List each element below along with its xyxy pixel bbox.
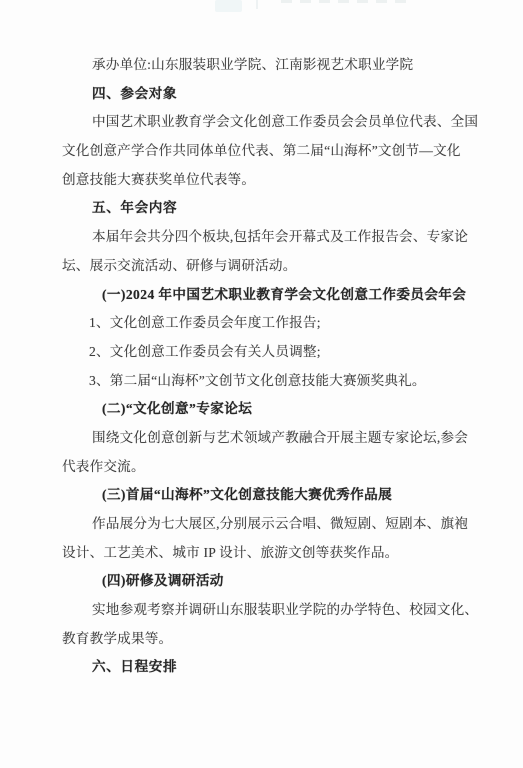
text-line-indent: 围绕文化创意创新与艺术领域产教融合开展主题专家论坛,参会 <box>62 424 492 453</box>
text-line-item: 2、文化创意工作委员会有关人员调整; <box>62 338 492 367</box>
text-line-sub: (四)研修及调研活动 <box>62 567 492 596</box>
text-line-indent: 中国艺术职业教育学会文化创意工作委员会会员单位代表、全国 <box>62 108 492 137</box>
scan-artifact-dashes <box>281 0 413 3</box>
text-line-flush: 文化创意产学合作共同体单位代表、第二届“山海杯”文创节—文化 <box>62 137 492 166</box>
text-line-indent: 本届年会共分四个板块,包括年会开幕式及工作报告会、专家论 <box>62 223 492 252</box>
document-page: 承办单位:山东服装职业学院、江南影视艺术职业学院四、参会对象中国艺术职业教育学会… <box>0 0 523 768</box>
text-line-heading: 六、日程安排 <box>62 653 492 682</box>
text-line-sub: (二)“文化创意”专家论坛 <box>62 395 492 424</box>
text-line-flush: 坛、展示交流活动、研修与调研活动。 <box>62 252 492 281</box>
text-line-flush: 教育教学成果等。 <box>62 625 492 654</box>
text-line-sub: (一)2024 年中国艺术职业教育学会文化创意工作委员会年会 <box>62 281 492 310</box>
text-line-indent: 作品展分为七大展区,分别展示云合唱、微短剧、短剧本、旗袍 <box>62 510 492 539</box>
text-line-item: 1、文化创意工作委员会年度工作报告; <box>62 309 492 338</box>
text-line-flush: 设计、工艺美术、城市 IP 设计、旅游文创等获奖作品。 <box>62 539 492 568</box>
scan-artifact-line <box>256 0 258 9</box>
text-line-sub: (三)首届“山海杯”文化创意技能大赛优秀作品展 <box>62 481 492 510</box>
text-line-indent: 承办单位:山东服装职业学院、江南影视艺术职业学院 <box>62 51 492 80</box>
text-line-flush: 创意技能大赛获奖单位代表等。 <box>62 166 492 195</box>
document-body: 承办单位:山东服装职业学院、江南影视艺术职业学院四、参会对象中国艺术职业教育学会… <box>62 51 492 682</box>
text-line-flush: 代表作交流。 <box>62 453 492 482</box>
text-line-indent: 实地参观考察并调研山东服装职业学院的办学特色、校园文化、 <box>62 596 492 625</box>
text-line-item: 3、第二届“山海杯”文创节文化创意技能大赛颁奖典礼。 <box>62 367 492 396</box>
scan-artifact-blob <box>215 0 242 12</box>
text-line-heading: 五、年会内容 <box>62 194 492 223</box>
text-line-heading: 四、参会对象 <box>62 80 492 109</box>
